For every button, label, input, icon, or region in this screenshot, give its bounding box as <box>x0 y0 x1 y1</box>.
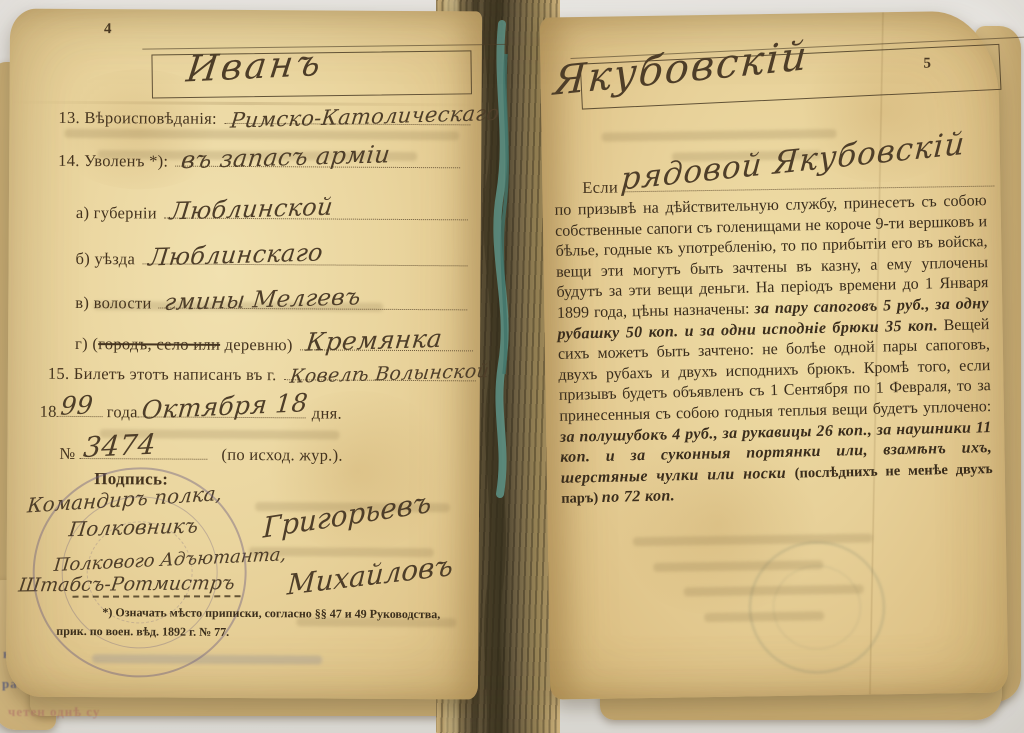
fill-in-number: 3474 <box>79 441 207 460</box>
date-line: 18 99 года Октября 18 дня. <box>40 399 342 424</box>
handwritten-value: Ковелѣ Волынской <box>288 360 490 388</box>
signature-mikhailov: Михайловъ <box>286 549 454 602</box>
fill-in-line: гмины Мелгевъ <box>159 290 468 310</box>
handwritten-value: Люблинскаго <box>147 238 324 271</box>
surname-header-box: Иванъ <box>151 50 472 98</box>
fill-in-line: Люблинской <box>164 201 468 221</box>
fill-in-line: Ковелѣ Волынской <box>284 362 476 381</box>
date-word-year: года <box>107 402 138 422</box>
paragraph-segment-emphasis: по 72 коп. <box>602 488 676 507</box>
page-number-4: 4 <box>104 21 112 38</box>
handwritten-value: Люблинской <box>168 193 334 226</box>
printed-paragraph: по призывѣ на дѣйствительную службу, при… <box>554 191 993 510</box>
handwritten-month-day: Октября 18 <box>141 388 310 425</box>
field-village: г) (городъ, село или деревню) Кремянка <box>75 331 473 356</box>
field-issued-in: 15. Билетъ этотъ написанъ въ г. Ковелѣ В… <box>48 361 476 387</box>
field-label: 15. Билетъ этотъ написанъ въ г. <box>48 364 277 385</box>
footnote: *) Означать мѣсто приписки, согласно §§ … <box>56 603 464 643</box>
footnote-line: *) Означать мѣсто приписки, согласно §§ … <box>102 605 440 621</box>
bleed-through-line <box>601 129 836 142</box>
fill-in-line: Кремянка <box>300 332 473 351</box>
footnote-separator <box>73 595 241 597</box>
fill-in-line: Люблинскаго <box>142 246 468 266</box>
field-governorate: а) губерніи Люблинской <box>76 200 468 225</box>
fill-in-line: Римско-Католическаго <box>224 106 471 126</box>
handwritten-value: гмины Мелгевъ <box>163 284 362 316</box>
date-word-day: дня. <box>312 403 342 423</box>
number-sign: № <box>59 444 75 464</box>
signature-grigoriev: Григорьевъ <box>263 486 432 545</box>
fill-in-month-day: Октября 18 <box>138 399 306 418</box>
struck-words: городъ, село или <box>98 334 220 354</box>
scanned-military-booklet-photo: въ рать. четен однѣ су 4 Иванъ 13. Вѣрои… <box>0 0 1024 733</box>
field-label: в) волости <box>75 293 152 313</box>
fill-in-line: въ запасъ арміи <box>175 149 460 169</box>
fill-in-year: 99 <box>57 399 103 417</box>
field-religion: 13. Вѣроисповѣданія: Римско-Католическаг… <box>58 105 470 131</box>
field-label: б) уѣзда <box>76 249 136 269</box>
bleed-through-stamp <box>748 540 886 674</box>
surname-header-box: Якубовскій <box>580 44 1002 110</box>
field-label: 14. Уволенъ *): <box>58 151 168 172</box>
field-label: г) (городъ, село или деревню) <box>75 334 293 355</box>
booklet-page-4: 4 Иванъ 13. Вѣроисповѣданія: Римско-Като… <box>6 9 482 700</box>
number-line: № 3474 (по исход. жур.). <box>59 441 343 466</box>
field-label: 13. Вѣроисповѣданія: <box>58 108 217 129</box>
handwritten-value: Кремянка <box>304 324 443 357</box>
handwritten-year: 99 <box>59 390 94 421</box>
number-suffix: (по исход. жур.). <box>221 445 343 466</box>
booklet-page-5: 5 Якубовскій Если рядовой Якубовскій по … <box>540 10 1009 699</box>
handwritten-value: Римско-Католическаго <box>229 101 500 133</box>
field-label: а) губерніи <box>76 203 157 223</box>
field-volost: в) волости гмины Мелгевъ <box>75 290 467 315</box>
handwritten-name: Иванъ <box>184 43 326 91</box>
handwritten-value: въ запасъ арміи <box>180 140 392 174</box>
handwritten-number: 3474 <box>82 427 157 464</box>
date-prefix: 18 <box>40 402 57 422</box>
round-ink-stamp <box>20 454 260 691</box>
footnote-line: прик. по воен. вѣд. 1892 г. № 77. <box>56 623 229 638</box>
intro-label: Если <box>582 177 618 198</box>
field-discharged: 14. Уволенъ *): въ запасъ арміи <box>58 148 460 173</box>
field-uyezd: б) уѣзда Люблинскаго <box>76 246 468 271</box>
edge-text-fragment: четен однѣ су <box>8 704 100 720</box>
handwritten-name: Якубовскій <box>552 33 810 105</box>
